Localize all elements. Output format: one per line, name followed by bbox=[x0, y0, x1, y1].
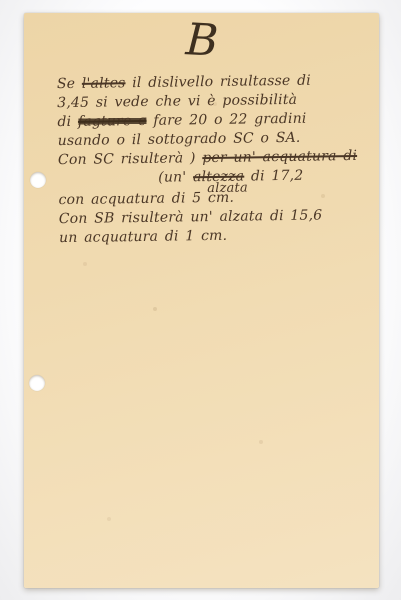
line-text: il dislivello risultasse di bbox=[125, 73, 311, 92]
note-paper: B Se l'altes il dislivello risultasse di… bbox=[24, 13, 379, 588]
note-heading: B bbox=[151, 12, 254, 69]
scribbled-out-text: fagture e bbox=[78, 113, 147, 130]
correction-text: alzata bbox=[207, 179, 248, 199]
line-text: usando o il sottogrado SC o SA. bbox=[58, 130, 301, 149]
struck-text: l'altes bbox=[82, 75, 126, 92]
line-text: Con SB risulterà un' alzata di 15,6 bbox=[59, 207, 323, 227]
line-text: Con SC risulterà ) bbox=[58, 150, 203, 168]
line-text: fare 20 o 22 gradini bbox=[146, 111, 306, 129]
line-text: un acquatura di 1 cm. bbox=[59, 228, 227, 246]
line-text: di bbox=[57, 114, 78, 130]
struck-text: per un' acquatura di bbox=[202, 148, 357, 166]
line-text: 3,45 si vede che vi è possibilità bbox=[57, 92, 297, 111]
line-text: (un' bbox=[158, 169, 193, 185]
line-text: di 17,2 bbox=[244, 168, 303, 185]
handwritten-line-6: (un' altezzaalzata di 17,2 bbox=[58, 166, 368, 191]
line-text: Se bbox=[57, 76, 82, 92]
handwritten-text-block: Se l'altes il dislivello risultasse di 3… bbox=[57, 71, 369, 248]
struck-correction-group: altezzaalzata bbox=[193, 168, 244, 188]
paper-specks bbox=[24, 13, 26, 15]
hole-punch-bottom bbox=[29, 375, 45, 391]
hole-punch-top bbox=[30, 172, 46, 188]
handwritten-line-9: un acquatura di 1 cm. bbox=[59, 225, 369, 248]
photo-background: B Se l'altes il dislivello risultasse di… bbox=[0, 0, 401, 600]
